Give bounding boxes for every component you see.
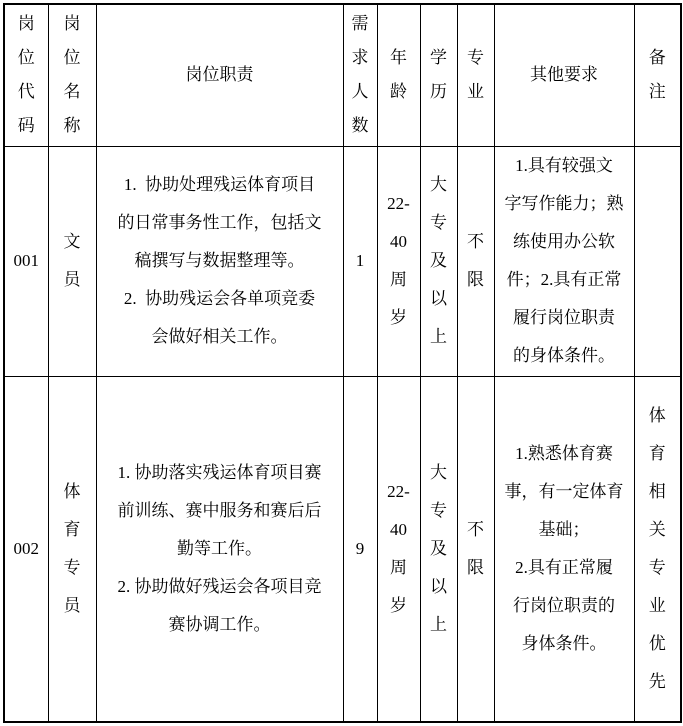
cell-other-requirements: 1.熟悉体育赛 事，有一定体育 基础； 2.具有正常履 行岗位职责的 身体条件。 — [494, 376, 634, 722]
cell-duties: 1. 协助落实残运体育项目赛 前训练、赛中服务和赛后后 勤等工作。 2. 协助做… — [96, 376, 343, 722]
cell-education: 大 专 及 以 上 — [420, 376, 457, 722]
table-row-002: 002 体 育 专 员 1. 协助落实残运体育项目赛 前训练、赛中服务和赛后后 … — [4, 376, 681, 722]
header-headcount: 需 求 人 数 — [343, 4, 377, 146]
header-other-requirements: 其他要求 — [494, 4, 634, 146]
header-post-name: 岗 位 名 称 — [48, 4, 96, 146]
cell-name: 文 员 — [48, 146, 96, 376]
cell-education: 大 专 及 以 上 — [420, 146, 457, 376]
cell-major: 不 限 — [457, 376, 494, 722]
cell-remarks: 体 育 相 关 专 业 优 先 — [634, 376, 681, 722]
cell-major: 不 限 — [457, 146, 494, 376]
header-remarks: 备 注 — [634, 4, 681, 146]
cell-headcount: 9 — [343, 376, 377, 722]
cell-name: 体 育 专 员 — [48, 376, 96, 722]
header-age: 年 龄 — [377, 4, 420, 146]
header-education: 学 历 — [420, 4, 457, 146]
cell-remarks — [634, 146, 681, 376]
header-major: 专 业 — [457, 4, 494, 146]
job-postings-table: 岗 位 代 码 岗 位 名 称 岗位职责 需 求 人 数 年 龄 学 历 专 业… — [3, 3, 682, 723]
cell-headcount: 1 — [343, 146, 377, 376]
table-row-001: 001 文 员 1. 协助处理残运体育项目 的日常事务性工作，包括文 稿撰写与数… — [4, 146, 681, 376]
document-page: 岗 位 代 码 岗 位 名 称 岗位职责 需 求 人 数 年 龄 学 历 专 业… — [0, 0, 683, 726]
cell-code: 001 — [4, 146, 48, 376]
cell-duties: 1. 协助处理残运体育项目 的日常事务性工作，包括文 稿撰写与数据整理等。 2.… — [96, 146, 343, 376]
cell-age: 22- 40 周 岁 — [377, 376, 420, 722]
table-header-row: 岗 位 代 码 岗 位 名 称 岗位职责 需 求 人 数 年 龄 学 历 专 业… — [4, 4, 681, 146]
header-post-duties: 岗位职责 — [96, 4, 343, 146]
cell-age: 22- 40 周 岁 — [377, 146, 420, 376]
cell-code: 002 — [4, 376, 48, 722]
header-post-code: 岗 位 代 码 — [4, 4, 48, 146]
cell-other-requirements: 1.具有较强文 字写作能力；熟 练使用办公软 件；2.具有正常 履行岗位职责 的… — [494, 146, 634, 376]
